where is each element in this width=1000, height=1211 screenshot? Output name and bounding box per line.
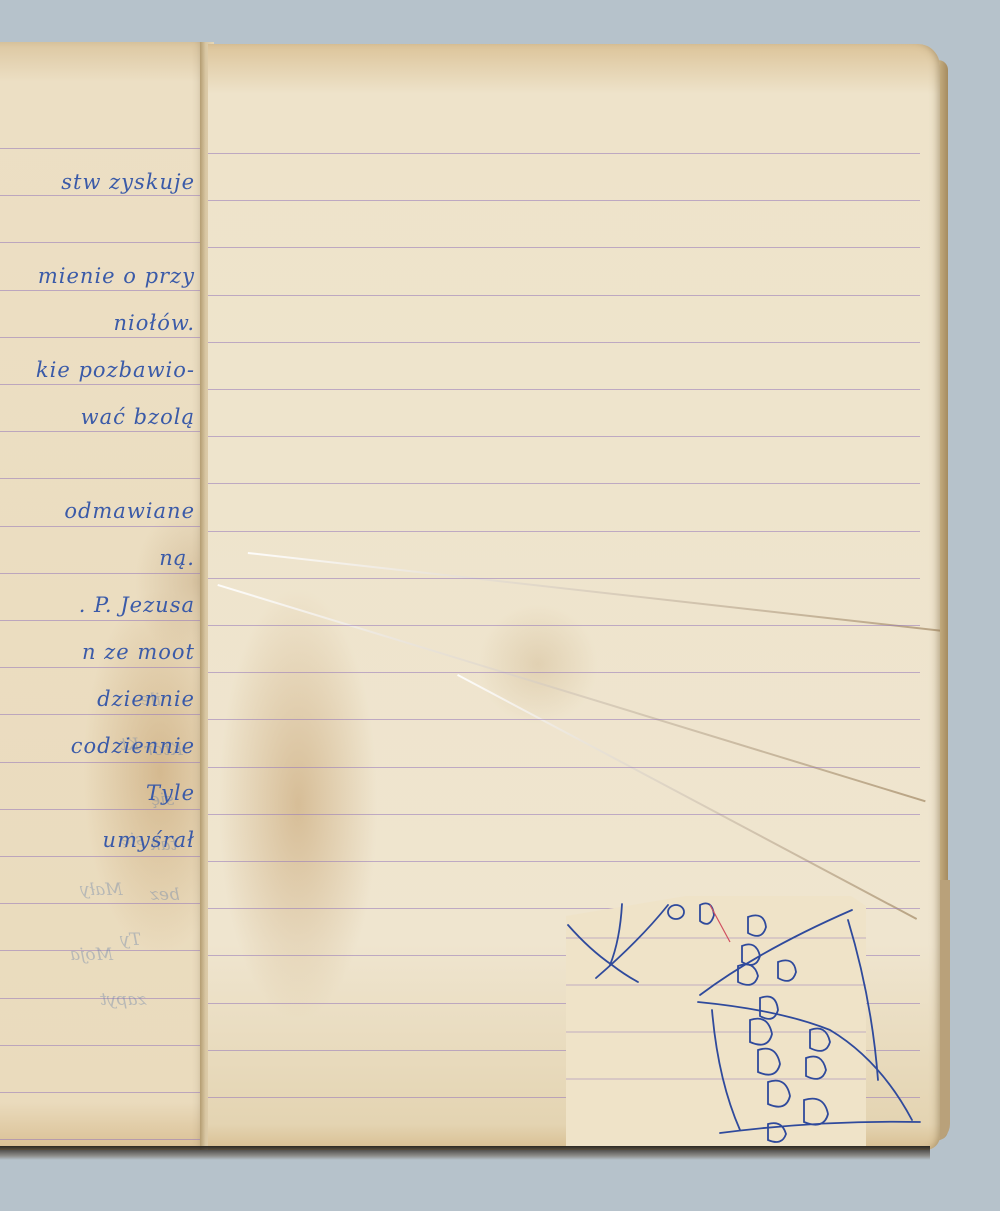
show-through-text: bez — [150, 885, 180, 905]
ruled-line — [208, 625, 920, 626]
ruled-line — [0, 762, 205, 763]
ruled-line — [0, 1092, 205, 1093]
ruled-line — [208, 295, 920, 296]
ruled-line — [208, 200, 920, 201]
handwritten-line: . P. Jezusa — [79, 593, 195, 617]
ruled-line — [208, 672, 920, 673]
ruled-line — [0, 1139, 205, 1140]
ruled-line — [0, 573, 205, 574]
ruled-line — [208, 153, 920, 154]
ruled-line — [208, 389, 920, 390]
ruled-line — [208, 861, 920, 862]
handwritten-line: mienie o przy — [38, 264, 195, 288]
show-through-text: Mały — [80, 880, 123, 900]
handwritten-line: niołów. — [114, 311, 196, 335]
ruled-line — [208, 247, 920, 248]
handwritten-line: odmawiane — [64, 499, 195, 523]
handwritten-line: n ze moot — [82, 640, 195, 664]
ruled-line — [0, 431, 205, 432]
handwritten-line: kie pozbawio- — [36, 358, 195, 382]
ruled-line — [0, 242, 205, 243]
show-through-text: Ty — [120, 930, 141, 950]
ruled-line — [0, 195, 205, 196]
ruled-line — [208, 767, 920, 768]
page-crease — [248, 552, 940, 632]
show-through-text: Moja — [70, 945, 113, 965]
ruled-line — [0, 667, 205, 668]
ruled-line — [0, 148, 205, 149]
taped-paper-fragment — [566, 896, 866, 1146]
handwritten-line: dziennie — [97, 687, 195, 711]
ruled-line — [0, 1045, 205, 1046]
page-crease — [457, 674, 917, 920]
ruled-line — [0, 620, 205, 621]
ruled-line — [0, 384, 205, 385]
ruled-line — [208, 483, 920, 484]
notebook-bottom-shadow — [0, 1146, 930, 1160]
ruled-line — [208, 578, 920, 579]
ruled-line — [0, 809, 205, 810]
ruled-line — [208, 342, 920, 343]
ruled-line — [0, 290, 205, 291]
notebook-scan: ileKtKtórsięsiętakMałybezTyMojazapyt stw… — [0, 0, 1000, 1211]
ruled-line — [208, 719, 920, 720]
handwritten-line: stw zyskuje — [61, 170, 195, 194]
ruled-line — [0, 714, 205, 715]
handwritten-line: umyśrał — [103, 828, 195, 852]
ruled-line — [208, 814, 920, 815]
ruled-line — [0, 478, 205, 479]
ruled-line — [0, 526, 205, 527]
show-through-text: zapyt — [100, 990, 146, 1010]
ruled-line — [0, 856, 205, 857]
handwritten-line: wać bzolą — [81, 405, 195, 429]
ruled-line — [0, 337, 205, 338]
handwritten-line: Tyle — [146, 781, 195, 805]
handwritten-line: codziennie — [71, 734, 195, 758]
ruled-line — [208, 436, 920, 437]
handwritten-line: ną. — [159, 546, 195, 570]
ruled-line — [208, 531, 920, 532]
